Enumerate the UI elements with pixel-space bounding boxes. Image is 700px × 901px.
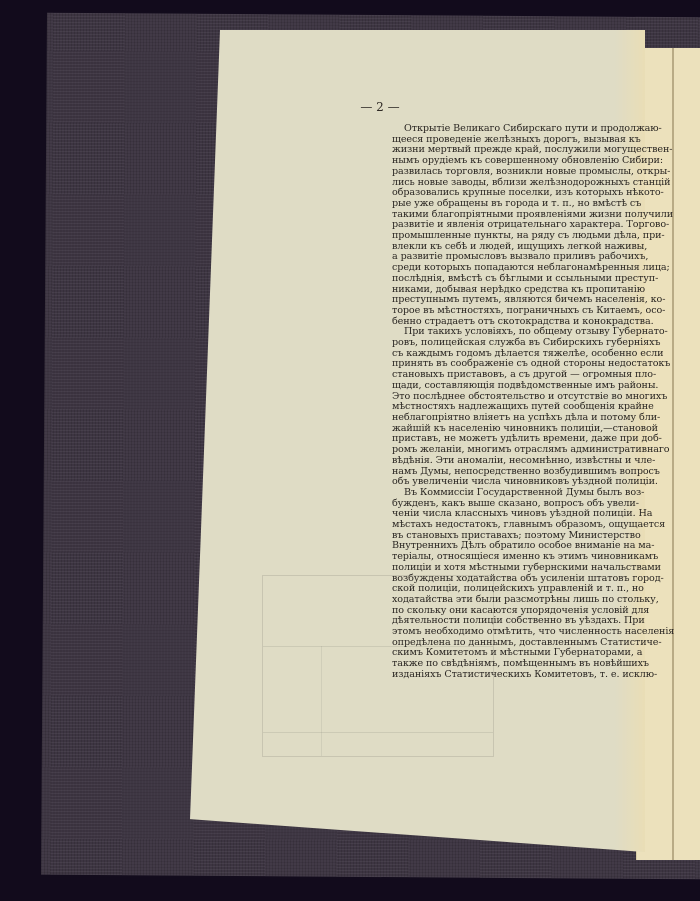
- text-line: послѣднія, вмѣстѣ съ бѣглыми и ссыльными…: [392, 274, 629, 285]
- text-line: щади, составляющія подвѣдомственные имъ …: [392, 381, 629, 392]
- text-line: изданіяхъ Статистическихъ Комитетовъ, т.…: [392, 670, 629, 681]
- text-line: развилась торговля, возникли новые промы…: [392, 167, 629, 178]
- text-line: Въ Коммиссіи Государственной Думы былъ в…: [392, 488, 629, 499]
- page-fold-line: [672, 48, 674, 860]
- body-text: Открытіе Великаго Сибирскаго пути и прод…: [392, 124, 629, 681]
- page-number: — 2 —: [330, 100, 430, 114]
- text-line: полиціи и хотя мѣстными губернскими нача…: [392, 563, 629, 574]
- text-line: вѣдѣнія. Эти аномаліи, несомнѣнно, извѣс…: [392, 456, 629, 467]
